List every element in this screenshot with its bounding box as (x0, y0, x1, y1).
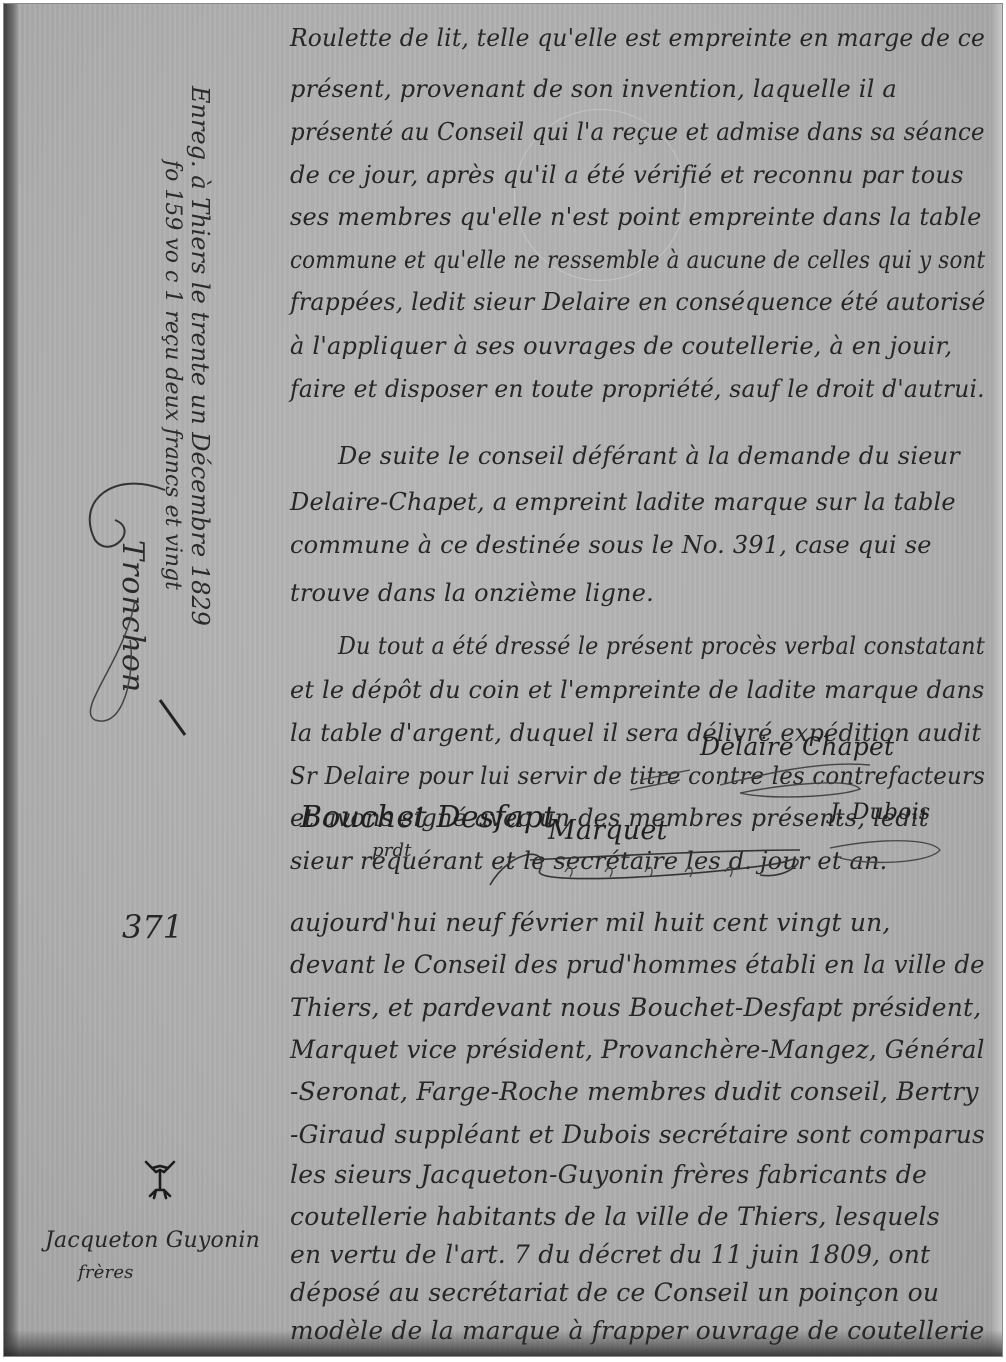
margin-signature-flourish (55, 460, 195, 740)
overlay-layer: Enreg. à Thiers le trente un Décembre 18… (0, 0, 1006, 1362)
text-line: Marquet vice président, Provanchère-Mang… (290, 1035, 985, 1064)
text-line: en vertu de l'art. 7 du décret du 11 jui… (290, 1240, 930, 1269)
margin-maker-suffix: frères (78, 1262, 134, 1283)
text-line: aujourd'hui neuf février mil huit cent v… (290, 908, 891, 937)
signature-president-title: prdt (372, 840, 412, 861)
text-line: -Seronat, Farge-Roche membres dudit cons… (290, 1077, 979, 1106)
text-line: déposé au secrétariat de ce Conseil un p… (290, 1278, 939, 1307)
text-line: devant le Conseil des prud'hommes établi… (290, 950, 985, 979)
text-line: -Giraud suppléant et Dubois secrétaire s… (290, 1120, 985, 1149)
signature-member-flourish (470, 830, 830, 900)
text-line: les sieurs Jacqueton-Guyonin frères fabr… (290, 1160, 927, 1189)
signature-secretary: J. Dubois (830, 800, 930, 825)
text-line: modèle de la marque à frapper ouvrage de… (290, 1316, 984, 1345)
text-line: coutellerie habitants de la ville de Thi… (290, 1202, 940, 1231)
page-number: 371 (122, 908, 183, 946)
signature-secretary-flourish (820, 828, 960, 878)
margin-maker-name: Jacqueton Guyonin (45, 1228, 260, 1253)
signature-requester-flourish (620, 745, 880, 805)
branch-mark-icon (140, 1156, 180, 1202)
text-line: Thiers, et pardevant nous Bouchet-Desfap… (290, 993, 981, 1022)
